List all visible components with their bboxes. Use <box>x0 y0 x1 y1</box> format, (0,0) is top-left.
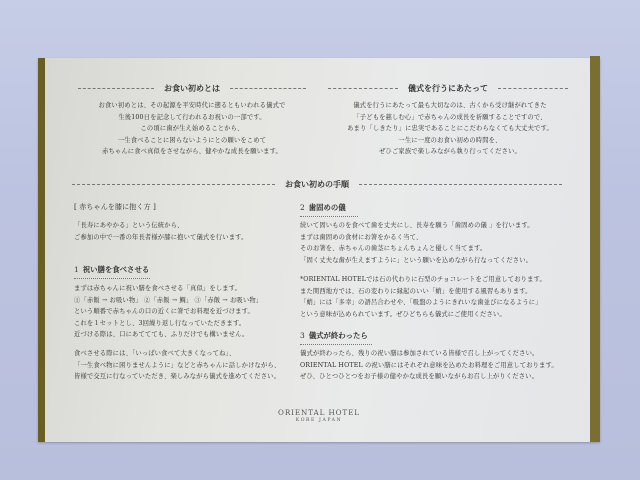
ceremony-title: 儀式を行うにあたって <box>408 83 488 94</box>
divider <box>78 88 154 89</box>
hotel-location: KOBE JAPAN <box>38 418 600 423</box>
card-gold-band-left <box>38 58 45 442</box>
ceremony-heading: 儀式を行うにあたって <box>328 83 568 94</box>
divider <box>230 88 306 89</box>
step-3-heading: 3儀式が終わったら <box>300 330 372 345</box>
step-1-text-2: 食べさせる際には、「いっぱい食べて大きくなってね」、 「一生食べ物に困りませんよ… <box>74 348 280 383</box>
step-title: 祝い膳を食べさせる <box>83 265 150 274</box>
step-number: 2 <box>300 203 305 212</box>
procedure-heading: お食い初めの手順 <box>72 179 562 190</box>
step-2-heading: 2歯固めの儀 <box>300 202 358 217</box>
divider <box>72 184 275 185</box>
step-title: 歯固めの儀 <box>309 203 346 212</box>
step-1-heading: 1祝い膳を食べさせる <box>74 264 150 279</box>
step-1-text: まずは赤ちゃんに祝い膳を食べさせる「真似」をします。 ①「赤飯 → お吸い物」 … <box>74 283 262 341</box>
hotel-logo: ORIENTAL HOTEL KOBE JAPAN <box>38 408 600 423</box>
step-title: 儀式が終わったら <box>309 331 368 340</box>
step-3-text: 儀式が終わったら、残りの祝い膳は参加されている皆様で召し上がってください。 OR… <box>300 348 558 383</box>
hotel-name: ORIENTAL HOTEL <box>38 408 600 417</box>
intro-text: お食い初めとは、その起源を平安時代に遡るともいわれる儀式で 生後100日を記念し… <box>58 100 326 158</box>
holding-title: [ 赤ちゃんを膝に抱く方 ] <box>74 202 156 214</box>
divider <box>328 88 398 89</box>
holding-text: 「長寿にあやかる」という伝統から、 ご参加の中で一番の年長者様が膝に抱いて儀式を… <box>74 220 248 243</box>
divider <box>498 88 568 89</box>
step-number: 1 <box>74 265 79 274</box>
procedure-title: お食い初めの手順 <box>285 179 349 190</box>
instruction-card: お食い初めとは お食い初めとは、その起源を平安時代に遡るともいわれる儀式で 生後… <box>38 58 600 442</box>
divider <box>359 184 562 185</box>
step-2-text: 続いて固いものを食べて歯を丈夫にし、長寿を願う「歯固めの儀 」を行います。 まず… <box>300 220 534 266</box>
intro-title: お食い初めとは <box>164 83 220 94</box>
intro-heading: お食い初めとは <box>78 83 306 94</box>
step-2-note: *ORIENTAL HOTELでは石の代わりに石型のチョコレートをご用意しており… <box>300 274 546 320</box>
ceremony-text: 儀式を行うにあたって最も大切なのは、古くから受け継がれてきた 「子どもを慈しむ心… <box>320 100 580 158</box>
card-gold-band-right <box>590 56 600 442</box>
step-number: 3 <box>300 331 305 340</box>
